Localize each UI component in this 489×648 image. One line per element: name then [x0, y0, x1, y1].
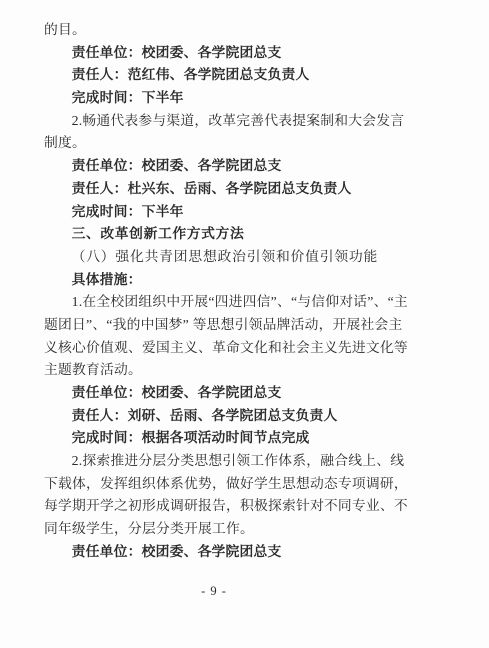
responsible-unit-line: 责任单位：校团委、各学院团总支	[44, 42, 390, 65]
responsible-unit-line: 责任单位：校团委、各学院团总支	[44, 155, 390, 178]
paragraph-line: 的目。	[44, 19, 390, 42]
responsible-unit-line: 责任单位：校团委、各学院团总支	[44, 382, 390, 405]
paragraph-line: 题团日”、“我的中国梦” 等思想引领品牌活动，开展社会主	[44, 314, 390, 337]
responsible-person-line: 责任人：杜兴东、岳雨、各学院团总支负责人	[44, 178, 390, 201]
section-heading: 三、改革创新工作方式方法	[44, 223, 390, 246]
subsection-heading: （八）强化共青团思想政治引领和价值引领功能	[44, 246, 390, 269]
paragraph-line: 1.在全校团组织中开展“四进四信”、“与信仰对话”、“主	[44, 291, 390, 314]
responsible-person-line: 责任人：范红伟、各学院团总支负责人	[44, 64, 390, 87]
document-body: 的目。 责任单位：校团委、各学院团总支 责任人：范红伟、各学院团总支负责人 完成…	[44, 19, 390, 564]
paragraph-line: 制度。	[44, 132, 390, 155]
paragraph-line: 2.畅通代表参与渠道，改革完善代表提案制和大会发言	[44, 110, 390, 133]
page-number: - 9 -	[44, 580, 384, 602]
completion-time-line: 完成时间：下半年	[44, 87, 390, 110]
paragraph-line: 同年级学生，分层分类开展工作。	[44, 518, 390, 541]
paragraph-line: 2.探索推进分层分类思想引领工作体系，融合线上、线	[44, 450, 390, 473]
responsible-unit-line: 责任单位：校团委、各学院团总支	[44, 541, 390, 564]
paragraph-line: 义核心价值观、爱国主义、革命文化和社会主义先进文化等	[44, 337, 390, 360]
paragraph-line: 主题教育活动。	[44, 359, 390, 382]
completion-time-line: 完成时间：下半年	[44, 201, 390, 224]
measures-label: 具体措施：	[44, 269, 390, 292]
paragraph-line: 每学期开学之初形成调研报告，积极探索针对不同专业、不	[44, 495, 390, 518]
responsible-person-line: 责任人：刘研、岳雨、各学院团总支负责人	[44, 405, 390, 428]
completion-time-line: 完成时间：根据各项活动时间节点完成	[44, 427, 390, 450]
document-page: 的目。 责任单位：校团委、各学院团总支 责任人：范红伟、各学院团总支负责人 完成…	[0, 0, 489, 648]
paragraph-line: 下载体，发挥组织体系优势，做好学生思想动态专项调研，	[44, 473, 390, 496]
